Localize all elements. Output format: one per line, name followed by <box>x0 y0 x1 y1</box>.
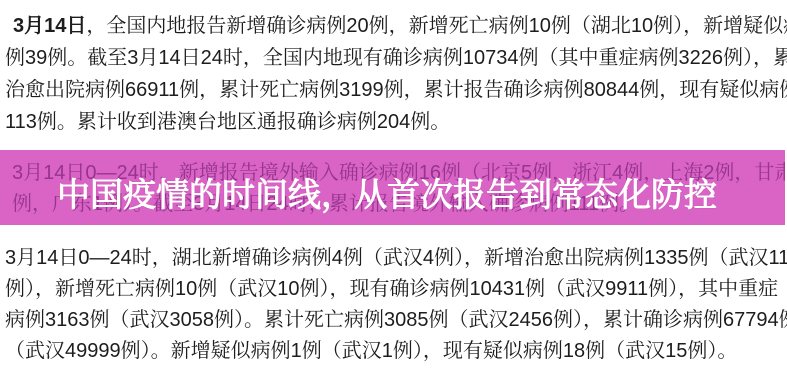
epidemic-report-page: { "colors": { "banner_background": "#d96… <box>0 0 787 369</box>
report-date: 3月14日 <box>13 15 86 37</box>
national-report-section: 3月14日，全国内地报告新增确诊病例20例，新增死亡病例10例（湖北10例），新… <box>0 10 787 138</box>
hubei-report-line: 病例3163例（武汉3058例）。累计死亡病例3085例（武汉2456例），累计… <box>0 305 787 336</box>
title-banner: 3月14日0—24时，新增报告境外输入确诊病例16例（北京5例，浙江4例，上海2… <box>0 150 785 225</box>
national-report-line-text: ，全国内地报告新增确诊病例20例，新增死亡病例10例（湖北10例），新增疑似病 <box>86 15 787 37</box>
national-report-line: 113例。累计收到港澳台地区通报确诊病例204例。 <box>0 106 787 138</box>
hubei-report-section: 3月14日0—24时，湖北新增确诊病例4例（武汉4例），新增治愈出院病例1335… <box>0 243 787 367</box>
national-report-line: 治愈出院病例66911例，累计死亡病例3199例，累计报告确诊病例80844例，… <box>0 74 787 106</box>
national-report-line: 3月14日，全国内地报告新增确诊病例20例，新增死亡病例10例（湖北10例），新… <box>0 10 787 42</box>
hubei-report-line: （武汉49999例）。新增疑似病例1例（武汉1例），现有疑似病例18例（武汉15… <box>0 336 787 367</box>
hubei-report-line: 3月14日0—24时，湖北新增确诊病例4例（武汉4例），新增治愈出院病例1335… <box>0 243 787 274</box>
hubei-report-line: 例），新增死亡病例10例（武汉10例），现有确诊病例10431例（武汉9911例… <box>0 274 787 305</box>
page-title: 中国疫情的时间线，从首次报告到常态化防控 <box>57 169 717 216</box>
national-report-line: 例39例。截至3月14日24时，全国内地现有确诊病例10734例（其中重症病例3… <box>0 42 787 74</box>
